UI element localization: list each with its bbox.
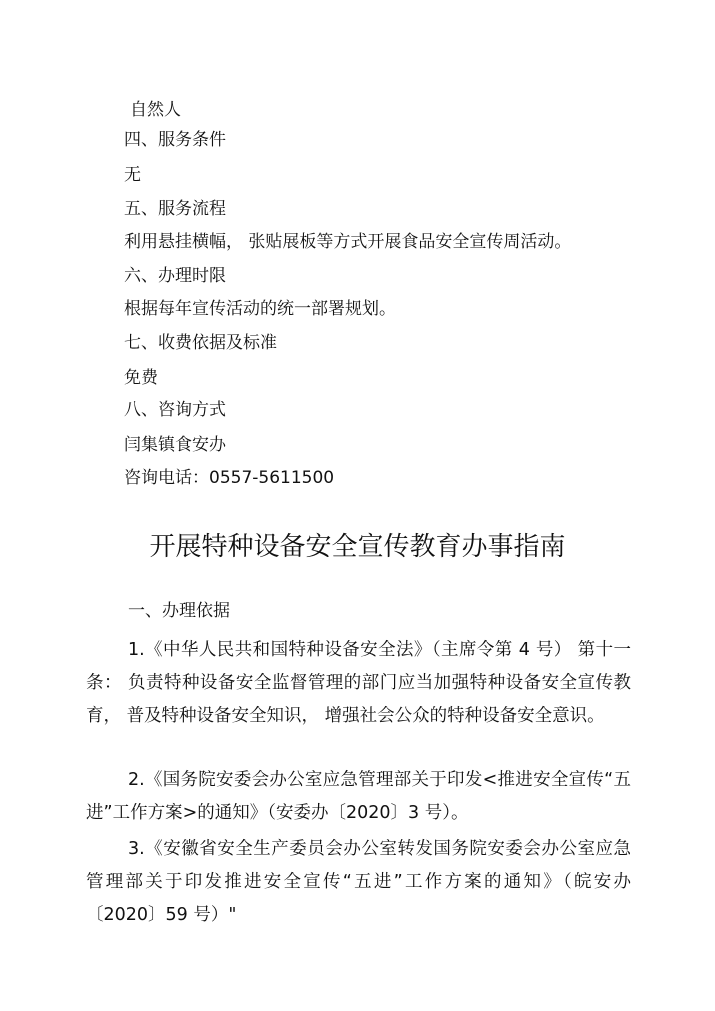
heading-consultation: 八、咨询方式 [124,399,226,421]
page-title: 开展特种设备安全宣传教育办事指南 [0,530,715,564]
text-natural-person: 自然人 [130,99,181,121]
text-none: 无 [124,164,141,186]
text-office: 闫集镇食安办 [124,434,226,456]
basis-paragraph-1: 1.《中华人民共和国特种设备安全法》（主席令第 4 号） 第十一条： 负责特种设… [86,634,631,733]
text-phone: 咨询电话：0557-5611500 [124,467,334,489]
heading-legal-basis: 一、办理依据 [128,600,230,622]
heading-service-process: 五、服务流程 [124,198,226,220]
text-free: 免费 [124,367,158,389]
heading-service-conditions: 四、服务条件 [124,129,226,151]
basis-paragraph-3: 3.《安徽省安全生产委员会办公室转发国务院安委会办公室应急管理部关于印发推进安全… [86,833,631,932]
text-time-limit: 根据每年宣传活动的统一部署规划。 [124,298,396,320]
basis-paragraph-2: 2.《国务院安委会办公室应急管理部关于印发<推进安全宣传“五进”工作方案>的通知… [86,764,631,830]
heading-fees: 七、收费依据及标准 [124,332,277,354]
heading-time-limit: 六、办理时限 [124,265,226,287]
text-service-process: 利用悬挂横幅， 张贴展板等方式开展食品安全宣传周活动。 [124,231,571,253]
